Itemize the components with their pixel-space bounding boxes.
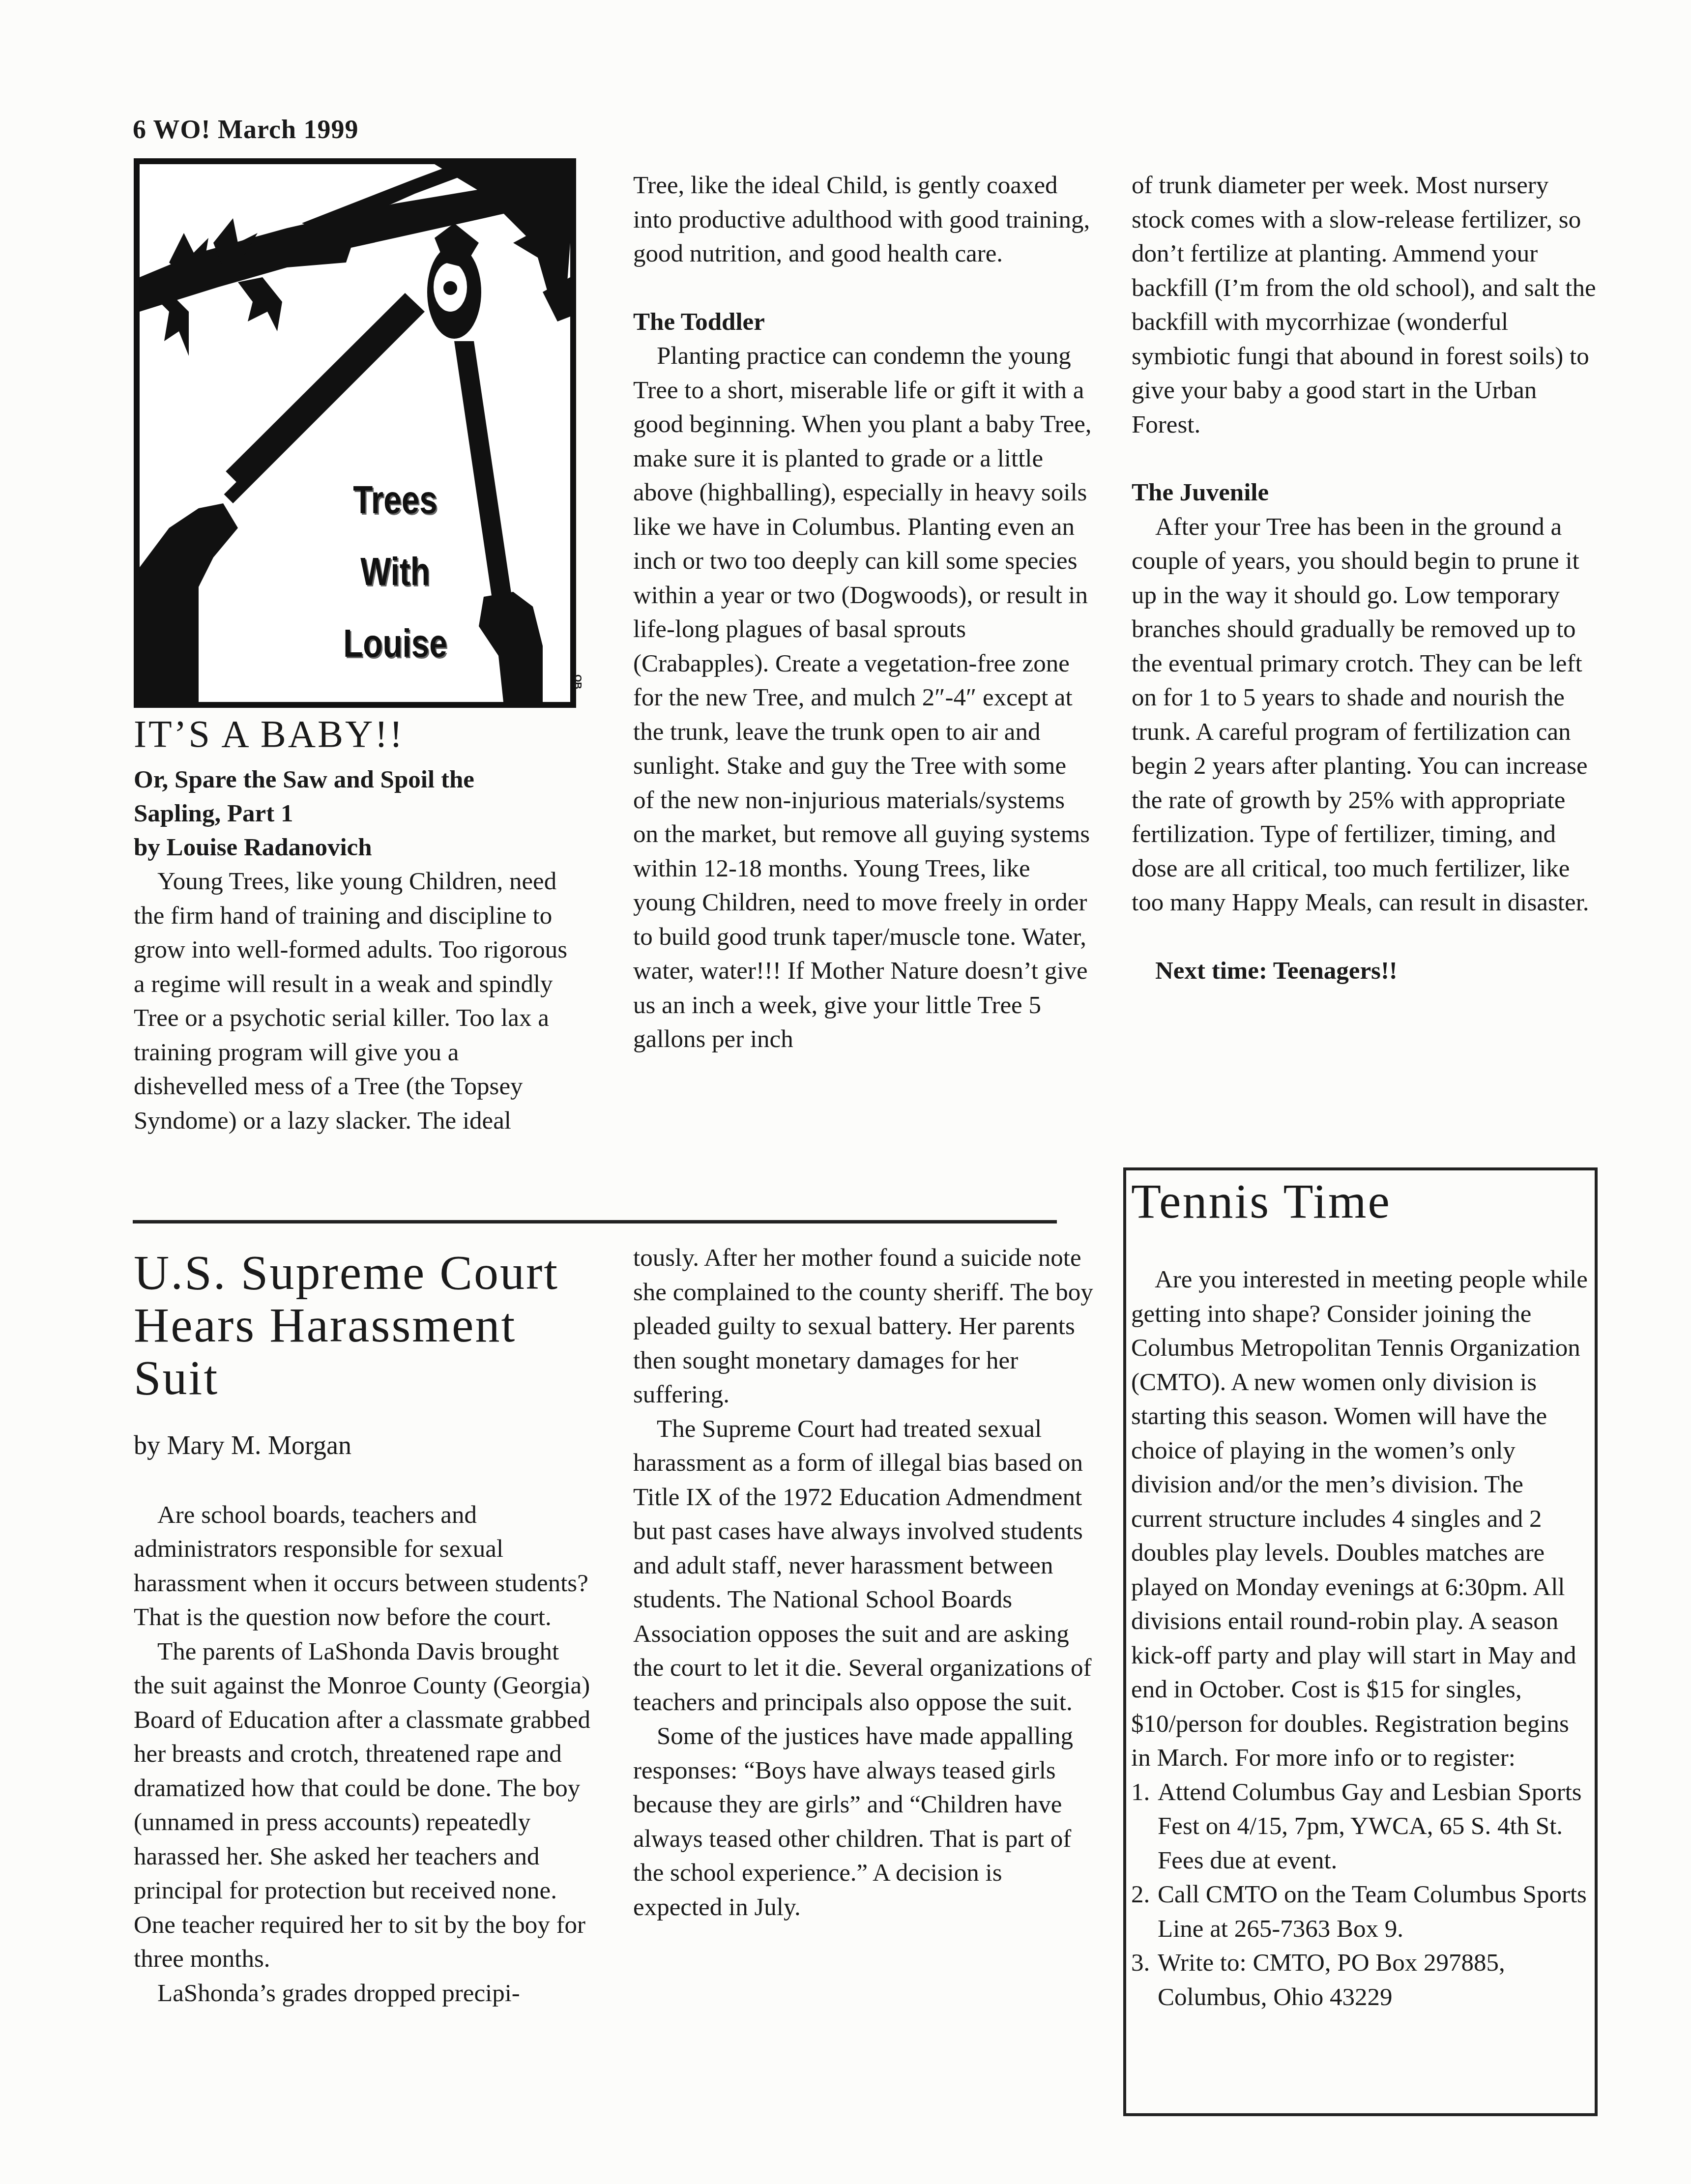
illustration-title-line: With xyxy=(335,536,456,608)
illustration-title-line: Trees xyxy=(335,464,456,536)
list-number: 1. xyxy=(1131,1776,1158,1878)
trees-article-col3: of trunk diameter per week. Most nursery… xyxy=(1132,169,1596,988)
section-heading: The Toddler xyxy=(633,305,1093,340)
body-paragraph: Planting practice can condemn the young … xyxy=(633,339,1093,1057)
list-number: 3. xyxy=(1131,1946,1158,2014)
court-article-col2: tously. After her mother found a suicide… xyxy=(633,1241,1095,1924)
artist-credit: OB xyxy=(572,674,583,689)
tennis-time-box: Tennis Time Are you interested in meetin… xyxy=(1123,1167,1598,2116)
list-item: 1. Attend Columbus Gay and Lesbian Sport… xyxy=(1131,1776,1592,1878)
body-paragraph: The Supreme Court had treated sexual har… xyxy=(633,1412,1095,1720)
list-text: Write to: CMTO, PO Box 297885, Columbus,… xyxy=(1158,1946,1592,2014)
list-text: Attend Columbus Gay and Lesbian Sports F… xyxy=(1158,1776,1592,1878)
article-kicker: IT’S A BABY!! xyxy=(134,712,576,756)
body-paragraph: After your Tree has been in the ground a… xyxy=(1132,510,1596,920)
body-paragraph: The parents of LaShonda Davis brought th… xyxy=(134,1635,593,1977)
body-paragraph: Some of the justices have made appalling… xyxy=(633,1719,1095,1924)
body-paragraph: Are school boards, teachers and administ… xyxy=(134,1498,593,1635)
list-number: 2. xyxy=(1131,1878,1158,1946)
trees-with-louise-illustration: Trees With Louise xyxy=(134,158,576,708)
byline: by Louise Radanovich xyxy=(134,831,576,865)
list-item: 2. Call CMTO on the Team Columbus Sports… xyxy=(1131,1878,1592,1946)
court-article-col1: U.S. Supreme Court Hears Harassment Suit… xyxy=(134,1246,593,2010)
section-heading: The Juvenile xyxy=(1132,476,1596,510)
article-deck: Or, Spare the Saw and Spoil the Sapling,… xyxy=(134,763,576,865)
next-time-teaser: Next time: Teenagers!! xyxy=(1155,954,1596,989)
body-paragraph: Are you interested in meeting people whi… xyxy=(1131,1263,1592,1776)
illustration-title: Trees With Louise xyxy=(335,464,456,679)
deck-line: Or, Spare the Saw and Spoil the xyxy=(134,763,576,797)
section-divider xyxy=(133,1220,1057,1223)
body-paragraph: Young Trees, like young Children, need t… xyxy=(134,865,576,1138)
illustration-title-line: Louise xyxy=(335,608,456,679)
trees-article-col2: Tree, like the ideal Child, is gently co… xyxy=(633,169,1093,1057)
body-paragraph: LaShonda’s grades dropped precipi- xyxy=(134,1977,593,2011)
trees-article-col1: IT’S A BABY!! Or, Spare the Saw and Spoi… xyxy=(134,712,576,1138)
list-item: 3. Write to: CMTO, PO Box 297885, Columb… xyxy=(1131,1946,1592,2014)
body-paragraph: tously. After her mother found a suicide… xyxy=(633,1241,1095,1412)
byline: by Mary M. Morgan xyxy=(134,1428,593,1463)
box-title: Tennis Time xyxy=(1131,1174,1592,1228)
article-headline: U.S. Supreme Court Hears Harassment Suit xyxy=(134,1246,593,1404)
body-paragraph: of trunk diameter per week. Most nursery… xyxy=(1132,169,1596,442)
page-folio: 6 WO! March 1999 xyxy=(133,114,358,145)
body-paragraph: Tree, like the ideal Child, is gently co… xyxy=(633,169,1093,271)
deck-line: Sapling, Part 1 xyxy=(134,797,576,831)
registration-steps: 1. Attend Columbus Gay and Lesbian Sport… xyxy=(1131,1776,1592,2015)
list-text: Call CMTO on the Team Columbus Sports Li… xyxy=(1158,1878,1592,1946)
